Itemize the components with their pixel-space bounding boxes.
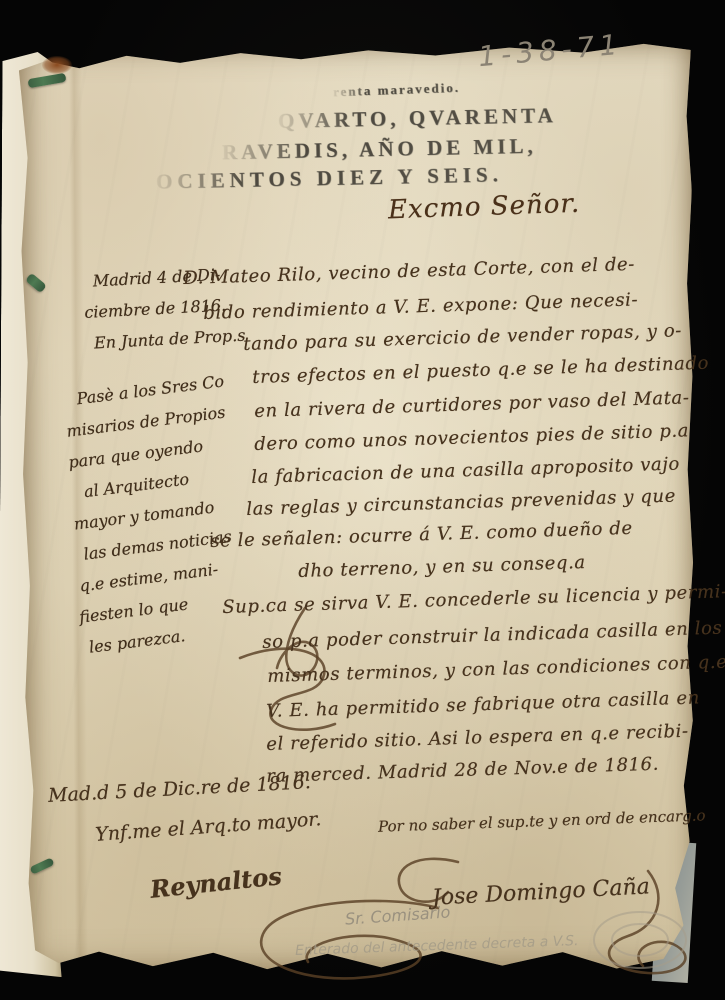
pencil-swirl bbox=[585, 895, 695, 985]
manuscript-photo: 1-38-71 renta maravedio. QVARTO, QVARENT… bbox=[0, 0, 725, 1000]
rust-stain bbox=[42, 56, 72, 74]
